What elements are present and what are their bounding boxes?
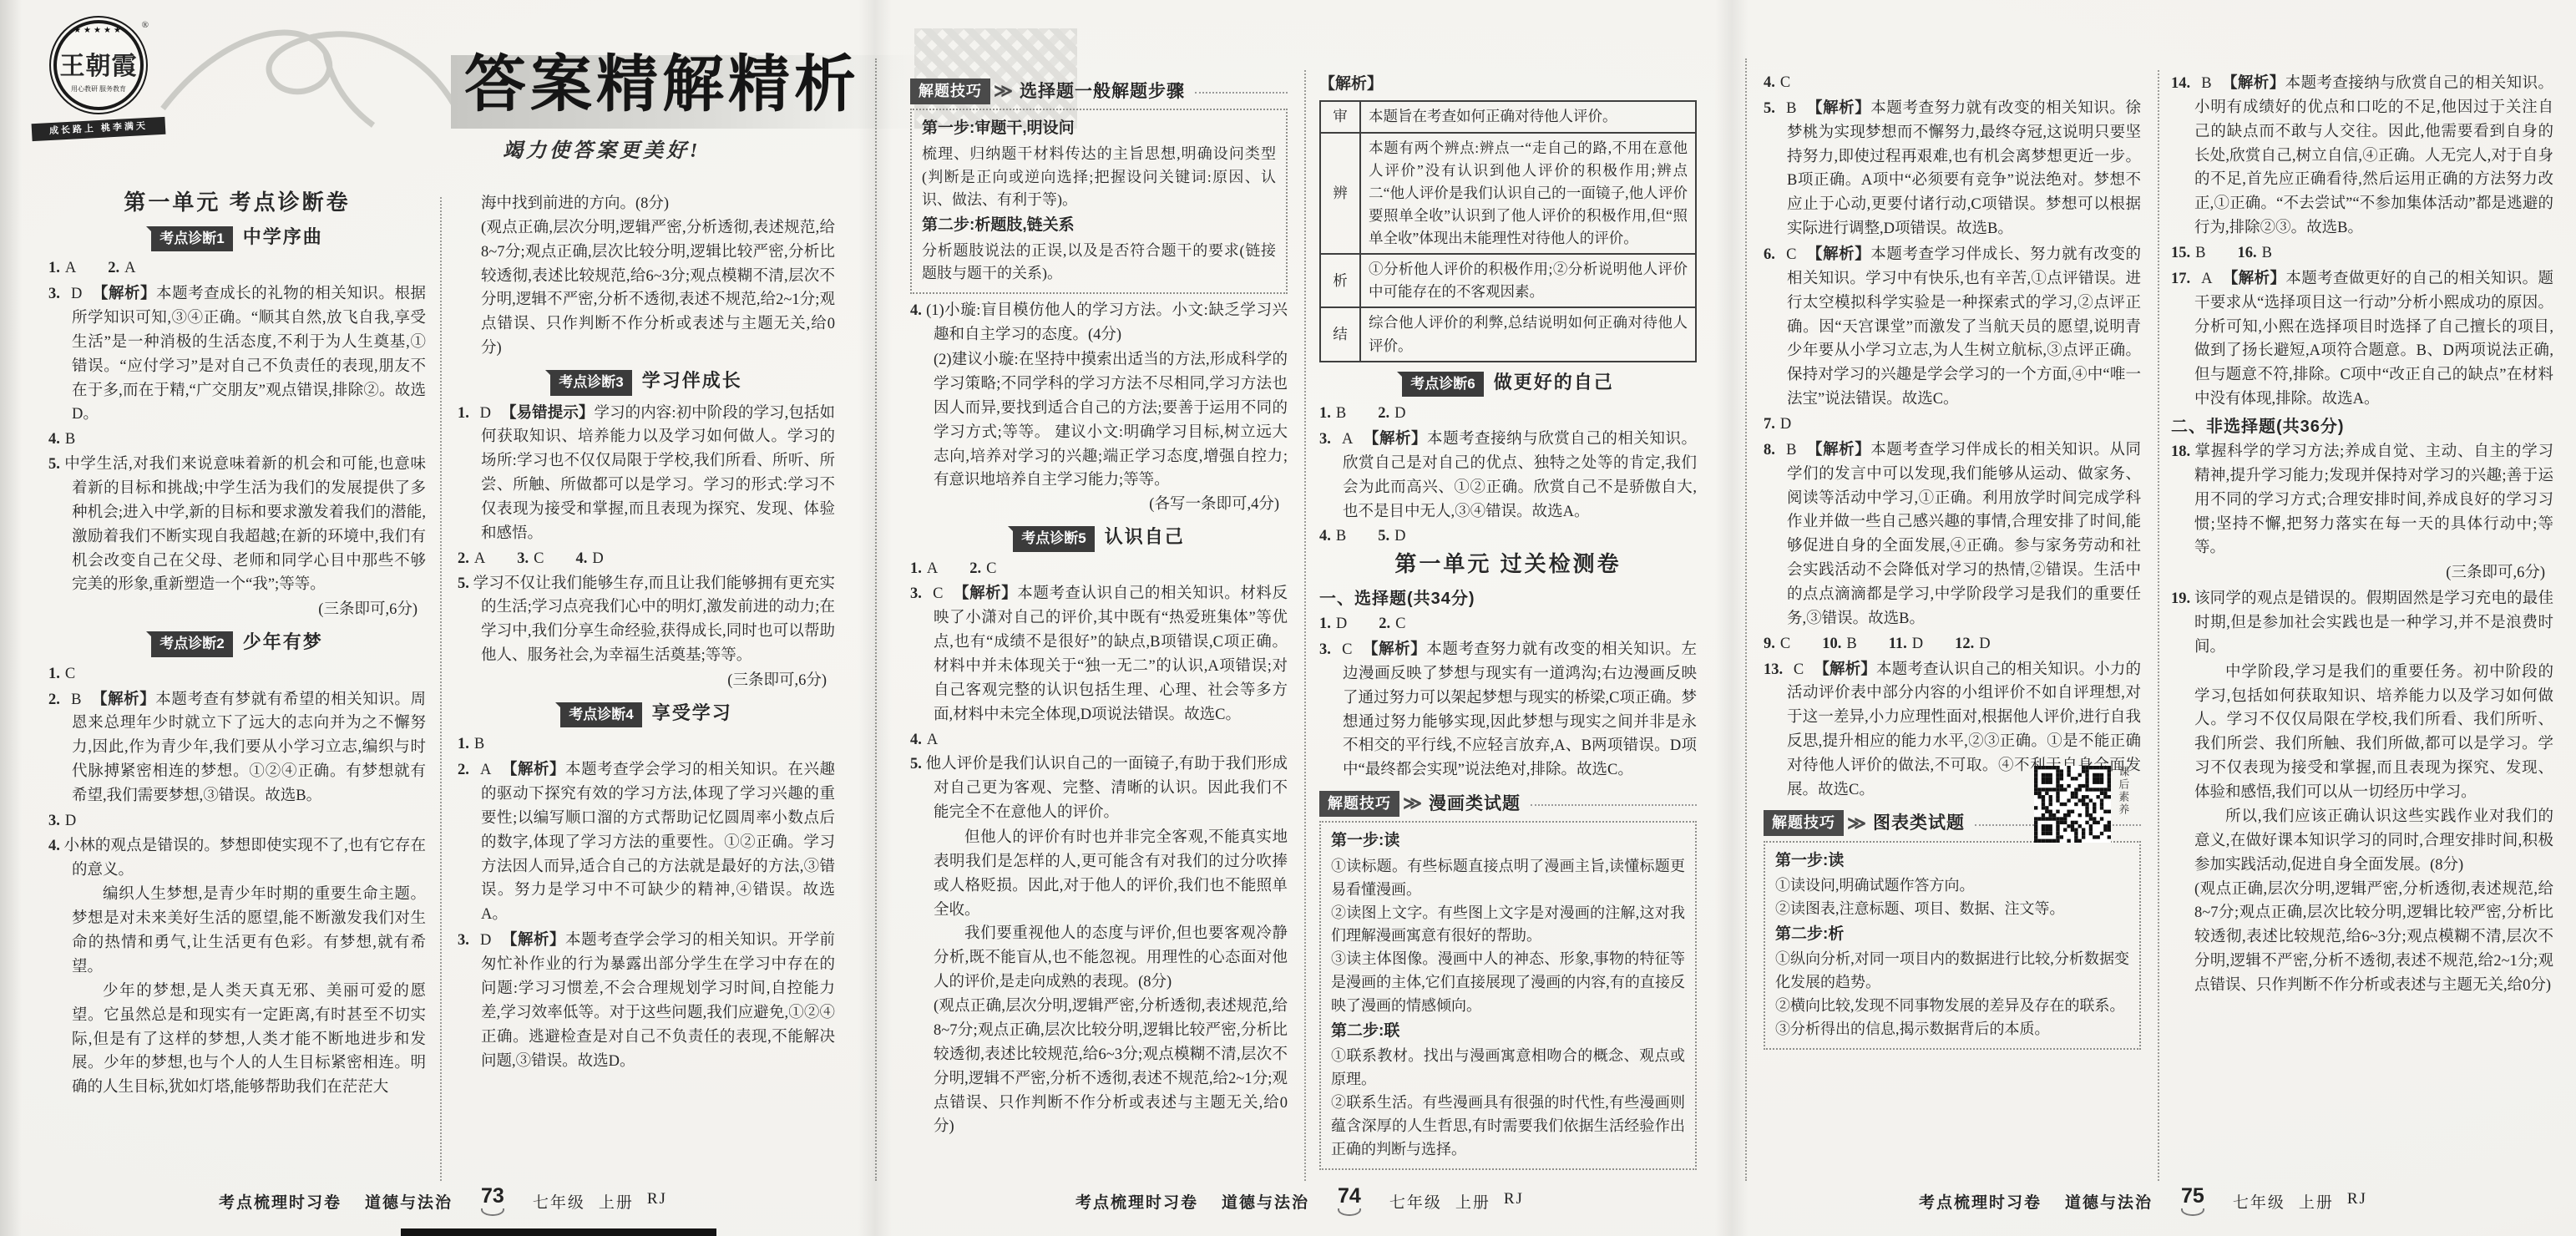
answer-item: 4.C [1764,71,1790,95]
part-heading: 一、选择题(共34分) [1319,587,1697,610]
tip-box: 解题技巧≫选择题一般解题步骤第一步:审题干,明设问梳理、归纳题干材料传达的主旨思… [910,77,1288,294]
diagnosis-title: 少年有梦 [243,631,323,652]
answer-item: 3. D【解析】本题考查成长的礼物的相关知识。根据所学知识可知,③④正确。“顺其… [48,281,426,427]
answer-item: 3. C【解析】本题考查认识自己的相关知识。材料反映了小潇对自己的评价,其中既有… [910,581,1288,727]
qr-code: 课后素养 [2034,766,2143,851]
page-gutter [1715,0,1749,1236]
tip-step-text: ②读图表,注意标题、项目、数据、注文等。 [1775,898,2129,921]
logo-circle: ★★★★★ 王朝霞 用心教研 服务教育 ® [53,20,144,110]
analysis-tag: 【解析】 [953,584,1017,601]
page73-column-right: 海中找到前进的方向。(8分)(观点正确,层次分明,逻辑严密,分析透彻,表述规范,… [458,192,835,1074]
answer-choices: 4.B [48,428,426,452]
analysis-tag: 【解析】 [92,284,156,301]
tip-step-heading: 第一步:审题干,明设问 [922,115,1276,142]
dotted-rule [1195,92,1288,94]
answer-paragraph: 但他人的评价有时也并非完全客观,不能真实地表明我们是怎样的人,更可能含有对我们的… [934,826,1288,922]
page-footer: 考点梳理时习卷 道德与法治 74 七年级上册RJ [1075,1186,1524,1216]
answer-item: 3. D【解析】本题考查学会学习的相关知识。开学前匆忙补作业的行为暴露出部分学生… [458,928,835,1073]
answer-item: 18. 掌握科学的学习方法;养成自觉、主动、自主的学习精神,提升学习能力;发现并… [2171,440,2553,560]
diagnosis-heading: 考点诊断3学习伴成长 [458,369,835,396]
chevron-right-icon: ≫ [1847,809,1866,838]
tip-step-text: ①读设问,明确试题作答方向。 [1775,874,2129,898]
answer-item: 11.D [1889,632,1923,656]
tip-title: 漫画类试题 [1429,793,1521,815]
column-separator [440,197,442,1181]
answer-choices: 4.B5.D [1319,524,1697,549]
diagnosis-heading: 考点诊断5认识自己 [910,525,1288,552]
answer-choices: 1.A2.A [48,256,426,281]
book-icon [481,1208,504,1216]
answer-paragraph: 我们要重视他人的态度与评价,但也要客观冷静分析,既不能盲从,也不能忽视。用理性的… [934,922,1288,995]
page-number-badge: 73 [476,1186,509,1216]
tip-step-heading: 第二步:析题肢,链关系 [922,212,1276,239]
section-title: 第一单元 考点诊断卷 [48,189,426,217]
answer-item: 19. 该同学的观点是错误的。假期固然是学习充电的最佳时期,但是参加社会实践也是… [2171,587,2553,660]
answer-item: 3. C【解析】本题考查努力就有改变的相关知识。左边漫画反映了梦想与现实有一道鸿… [1319,637,1697,783]
answer-item: 8. B【解析】本题考查学习伴成长的相关知识。从同学们的发言中可以发现,我们能够… [1764,438,2141,631]
diagnosis-badge: 考点诊断4 [560,702,641,728]
page-number-badge: 75 [2176,1186,2209,1216]
answer-continuation: 海中找到前进的方向。(8分) [481,192,835,216]
answer-choices: 2.A3.C4.D [458,547,835,571]
answer-choices: 1.C [48,662,426,686]
decorative-ribbon-icon [154,7,480,132]
analysis-tag: 【解析】 [2223,269,2286,286]
answer-continuation: (2)建议小璇:在坚持中摸索出适当的方法,形成科学的学习策略;不同学科的学习方法… [934,348,1288,493]
column-separator [2158,70,2159,1181]
answer-item: 7.D [1764,413,1791,437]
answer-item: 1.C [48,662,75,686]
answer-item: 4. 小林的观点是错误的。梦想即使实现不了,也有它存在的意义。 [48,834,426,883]
scan-artifact-bar [401,1228,716,1236]
diagnosis-title: 学习伴成长 [642,370,742,391]
tip-step-text: ③读主体图像。漫画中人的神态、形象,事物的特征等是漫画的主体,它们直接展现了漫画… [1331,948,1685,1018]
answer-item: 10.B [1822,632,1856,656]
answer-item: 1. D【易错提示】学习的内容:初中阶段的学习,包括如何获取知识、培养能力以及学… [458,401,835,546]
diagnosis-heading: 考点诊断6做更好的自己 [1319,371,1697,398]
diagnosis-title: 做更好的自己 [1494,372,1614,393]
answer-paragraph: 所以,我们应该正确认识这些实践作业对我们的意义,在做好课本知识学习的同时,合理安… [2194,805,2553,878]
answer-item: 2.D [1378,402,1405,426]
tip-step-text: 梳理、归纳题干材料传达的主旨思想,明确设问类型(判断是正向或逆向选择;把握设问关… [922,143,1276,213]
answer-item: 5. B【解析】本题考查努力就有改变的相关知识。徐梦桃为实现梦想而不懈努力,最终… [1764,96,2141,241]
diagnosis-heading: 考点诊断1中学序曲 [48,225,426,252]
answer-paragraph: 编织人生梦想,是青少年时期的重要生命主题。梦想是对未来美好生活的愿望,能不断激发… [72,883,426,979]
score-note: (三条即可,6分) [458,669,835,693]
tip-title: 图表类试题 [1873,812,1965,834]
footer-grade: 七年级上册RJ [2233,1190,2367,1213]
page-title: 答案精解精析 [464,50,860,118]
answer-choices: 1.D2.C [1319,612,1697,636]
analysis-tag: 【解析】 [1362,640,1426,657]
answer-choices: 1.A2.C [910,557,1288,581]
footer-subject: 道德与法治 [2065,1190,2153,1213]
analysis-tag: 【解析】 [1319,72,1697,97]
tip-step-text: ①读标题。有些标题直接点明了漫画主旨,读懂标题更易看懂漫画。 [1331,855,1685,902]
answer-item: 2. B【解析】本题考查有梦就有希望的相关知识。周恩来总理年少时就立下了远大的志… [48,687,426,808]
answer-item: 3. A【解析】本题考查接纳与欣赏自己的相关知识。欣赏自己是对自己的优点、独特之… [1319,427,1697,524]
tip-badge: 解题技巧 [910,79,990,104]
tip-step-text: 分析题肢说法的正误,以及是否符合题干的要求(链接题肢与题干的关系)。 [922,240,1276,286]
answer-item: 5. 中学生活,对我们来说意味着新的机会和可能,也意味着新的目标和挑战;中学生活… [48,453,426,597]
tip-step-text: ②联系生活。有些漫画具有很强的时代性,有些漫画则蕴含深厚的人生哲思,有时需要我们… [1331,1092,1685,1162]
chevron-right-icon: ≫ [1403,789,1422,818]
logo-stars-icon: ★★★★★ [57,26,140,35]
logo-ribbon-text: 成长路上 桃李满天 [32,117,166,141]
table-row: 结综合他人评价的利弊,总结说明如何正确对待他人评价。 [1320,307,1696,361]
dotted-rule [1531,804,1697,806]
page73-column-left: 第一单元 考点诊断卷考点诊断1中学序曲1.A2.A3. D【解析】本题考查成长的… [48,187,426,1100]
page75-column-left: 4.C5. B【解析】本题考查努力就有改变的相关知识。徐梦桃为实现梦想而不懈努力… [1764,70,2141,1055]
table-row: 辨本题有两个辨点:辨点一“走自己的路,不用在意他人评价”没有认识到他人评价的积极… [1320,133,1696,255]
answer-choices: 4.C [1764,71,2141,95]
tip-step-heading: 第一步:读 [1331,828,1685,854]
grading-note: (观点正确,层次分明,逻辑严密,分析透彻,表述规范,给8~7分;观点正确,层次比… [934,995,1288,1139]
tip-step-text: ②读图上文字。有些图上文字是对漫画的注解,这对我们理解漫画寓意有很好的帮助。 [1331,902,1685,949]
answer-item: 2.C [1379,612,1405,636]
page-number-badge: 74 [1333,1186,1366,1216]
analysis-tag: 【解析】 [1814,660,1876,677]
tip-step-heading: 第二步:联 [1331,1018,1685,1045]
diagnosis-heading: 考点诊断2少年有梦 [48,631,426,657]
diagnosis-title: 享受学习 [652,702,732,723]
answer-item: 5.D [1378,524,1405,549]
diagnosis-badge: 考点诊断5 [1013,526,1094,552]
analysis-tag: 【解析】 [1806,245,1870,262]
answer-choices: 1.B [458,732,835,757]
answer-item: 12.D [1955,632,1991,656]
tip-step-text: ③分析得出的信息,揭示数据背后的本质。 [1775,1018,2129,1041]
answer-item: 4. (1)小璇:盲目模仿他人的学习方法。小文:缺乏学习兴趣和自主学习的态度。(… [910,299,1288,347]
answer-item: 2. A【解析】本题考查学会学习的相关知识。在兴趣的驱动下探究有效的学习方法,体… [458,757,835,927]
answer-choices: 4.A [910,728,1288,752]
answer-item: 15.B [2171,241,2205,266]
footer-subject: 道德与法治 [1222,1190,1309,1213]
analysis-tag: 【解析】 [1363,429,1427,447]
answer-item: 2.A [458,547,485,571]
tip-step-text: ②横向比较,发现不同事物发展的差异及存在的联系。 [1775,995,2129,1018]
tip-step-text: ①联系教材。找出与漫画寓意相吻合的概念、观点或原理。 [1331,1045,1685,1092]
footer-series: 考点梳理时习卷 [219,1190,342,1213]
footer-grade: 七年级上册RJ [533,1190,667,1213]
page-subtitle: 竭力使答案更美好! [503,134,701,163]
analysis-tag: 【解析】 [1806,99,1870,116]
book-icon [1338,1208,1361,1216]
score-note: (三条即可,6分) [48,598,426,622]
diagnosis-badge: 考点诊断6 [1402,372,1483,398]
answer-item: 3.C [517,547,544,571]
footer-grade: 七年级上册RJ [1389,1190,1524,1213]
logo-tagline: 用心教研 服务教育 [57,84,140,94]
answer-item: 4.D [575,547,603,571]
tip-badge: 解题技巧 [1319,791,1399,817]
answer-item: 9.C [1764,632,1790,656]
answer-choices: 3.D [48,809,426,833]
answer-choices: 15.B16.B [2171,241,2553,266]
tip-step-text: ①纵向分析,对同一项目内的数据进行比较,分析数据变化发展的趋势。 [1775,948,2129,995]
score-note: (三条即可,6分) [2171,561,2553,585]
table-row: 析①分析他人评价的积极作用;②分析说明他人评价中可能存在的不客观因素。 [1320,254,1696,307]
answer-book-scan: ★★★★★ 王朝霞 用心教研 服务教育 ® 成长路上 桃李满天 答案精解精析 竭… [0,0,2576,1236]
analysis-tag: 【易错提示】 [501,403,595,421]
analysis-tag: 【解析】 [1806,440,1870,458]
answer-item: 2.C [969,557,996,581]
answer-choices: 1.B2.D [1319,402,1697,426]
page74-column-right: 【解析】审本题旨在考查如何正确对待他人评价。辨本题有两个辨点:辨点一“走自己的路… [1319,70,1697,1175]
diagnosis-heading: 考点诊断4享受学习 [458,702,835,728]
answer-item: 1.B [458,732,484,757]
footer-series: 考点梳理时习卷 [1075,1190,1198,1213]
answer-item: 1.A [48,256,76,281]
page74-column-left: 解题技巧≫选择题一般解题步骤第一步:审题干,明设问梳理、归纳题干材料传达的主旨思… [910,70,1288,1139]
analysis-tag: 【解析】 [2222,73,2285,91]
answer-choices: 9.C10.B11.D12.D [1764,632,2141,656]
answer-item: 1.D [1319,612,1347,636]
book-icon [2181,1208,2204,1216]
answer-item: 16.B [2237,241,2271,266]
analysis-tag: 【解析】 [501,760,565,778]
answer-item: 6. C【解析】本题考查学习伴成长、努力就有改变的相关知识。学习中有快乐,也有辛… [1764,242,2141,412]
answer-item: 4.B [48,428,75,452]
tip-step-heading: 第一步:读 [1775,848,2129,874]
page-footer: 考点梳理时习卷 道德与法治 73 七年级上册RJ [219,1186,667,1216]
answer-paragraph: 少年的梦想,是人类天真无邪、美丽可爱的愿望。它虽然总是和现实有一定距离,有时甚至… [72,980,426,1100]
answer-item: 14. B【解析】本题考查接纳与欣赏自己的相关知识。小明有成绩好的优点和口吃的不… [2171,71,2553,241]
tip-badge: 解题技巧 [1764,810,1844,836]
answer-item: 5. 他人评价是我们认识自己的一面镜子,有助于我们形成对自己更为客观、完整、清晰… [910,752,1288,825]
brand-logo: ★★★★★ 王朝霞 用心教研 服务教育 ® 成长路上 桃李满天 [32,17,165,159]
footer-subject: 道德与法治 [365,1190,453,1213]
score-note: (各写一条即可,4分) [910,493,1288,517]
answer-item: 17. A【解析】本题考查做更好的自己的相关知识。题干要求从“选择项目这一行动”… [2171,266,2553,412]
answer-item: 4.A [910,728,938,752]
grading-note: (观点正确,层次分明,逻辑严密,分析透彻,表述规范,给8~7分;观点正确,层次比… [481,216,835,361]
qr-code-label: 课后素养 [2114,766,2131,816]
diagnosis-title: 认识自己 [1105,526,1185,547]
grading-note: (观点正确,层次分明,逻辑严密,分析透彻,表述规范,给8~7分;观点正确,层次比… [2194,878,2553,998]
chevron-right-icon: ≫ [994,77,1013,105]
registered-mark: ® [142,20,149,30]
diagnosis-title: 中学序曲 [243,226,323,247]
analysis-tag: 【解析】 [501,930,565,948]
footer-series: 考点梳理时习卷 [1919,1190,2042,1213]
answer-item: 1.B [1319,402,1346,426]
analysis-tag: 【解析】 [91,690,155,707]
table-row: 审本题旨在考查如何正确对待他人评价。 [1320,101,1696,132]
answer-item: 3.D [48,809,76,833]
answer-item: 2.A [108,256,135,281]
section-title: 第一单元 过关检测卷 [1319,550,1697,579]
answer-choices: 7.D [1764,413,2141,437]
logo-brand-name: 王朝霞 [57,45,140,82]
page75-column-right: 14. B【解析】本题考查接纳与欣赏自己的相关知识。小明有成绩好的优点和口吃的不… [2171,70,2553,998]
page-gutter [858,0,892,1236]
answer-item: 4.B [1319,524,1346,549]
diagnosis-badge: 考点诊断1 [151,226,232,252]
answer-item: 1.A [910,557,938,581]
answer-paragraph: 中学阶段,学习是我们的重要任务。初中阶段的学习,包括如何获取知识、培养能力以及学… [2194,661,2553,805]
part-heading: 二、非选择题(共36分) [2171,415,2553,438]
answer-item: 5. 学习不仅让我们能够生存,而且让我们能够拥有更充实的生活;学习点亮我们心中的… [458,572,835,668]
tip-step-heading: 第二步:析 [1775,921,2129,948]
analysis-table: 审本题旨在考查如何正确对待他人评价。辨本题有两个辨点:辨点一“走自己的路,不用在… [1319,100,1697,362]
diagnosis-badge: 考点诊断3 [550,370,631,396]
tip-box: 解题技巧≫漫画类试题第一步:读①读标题。有些标题直接点明了漫画主旨,读懂标题更易… [1319,789,1697,1170]
page-footer: 考点梳理时习卷 道德与法治 75 七年级上册RJ [1919,1186,2367,1216]
scan-edge-shading [0,0,22,1236]
tip-title: 选择题一般解题步骤 [1020,80,1185,103]
diagnosis-badge: 考点诊断2 [151,631,232,657]
tip-box: 解题技巧≫图表类试题课后素养第一步:读①读设问,明确试题作答方向。②读图表,注意… [1764,809,2141,1050]
column-separator [1304,70,1306,1181]
